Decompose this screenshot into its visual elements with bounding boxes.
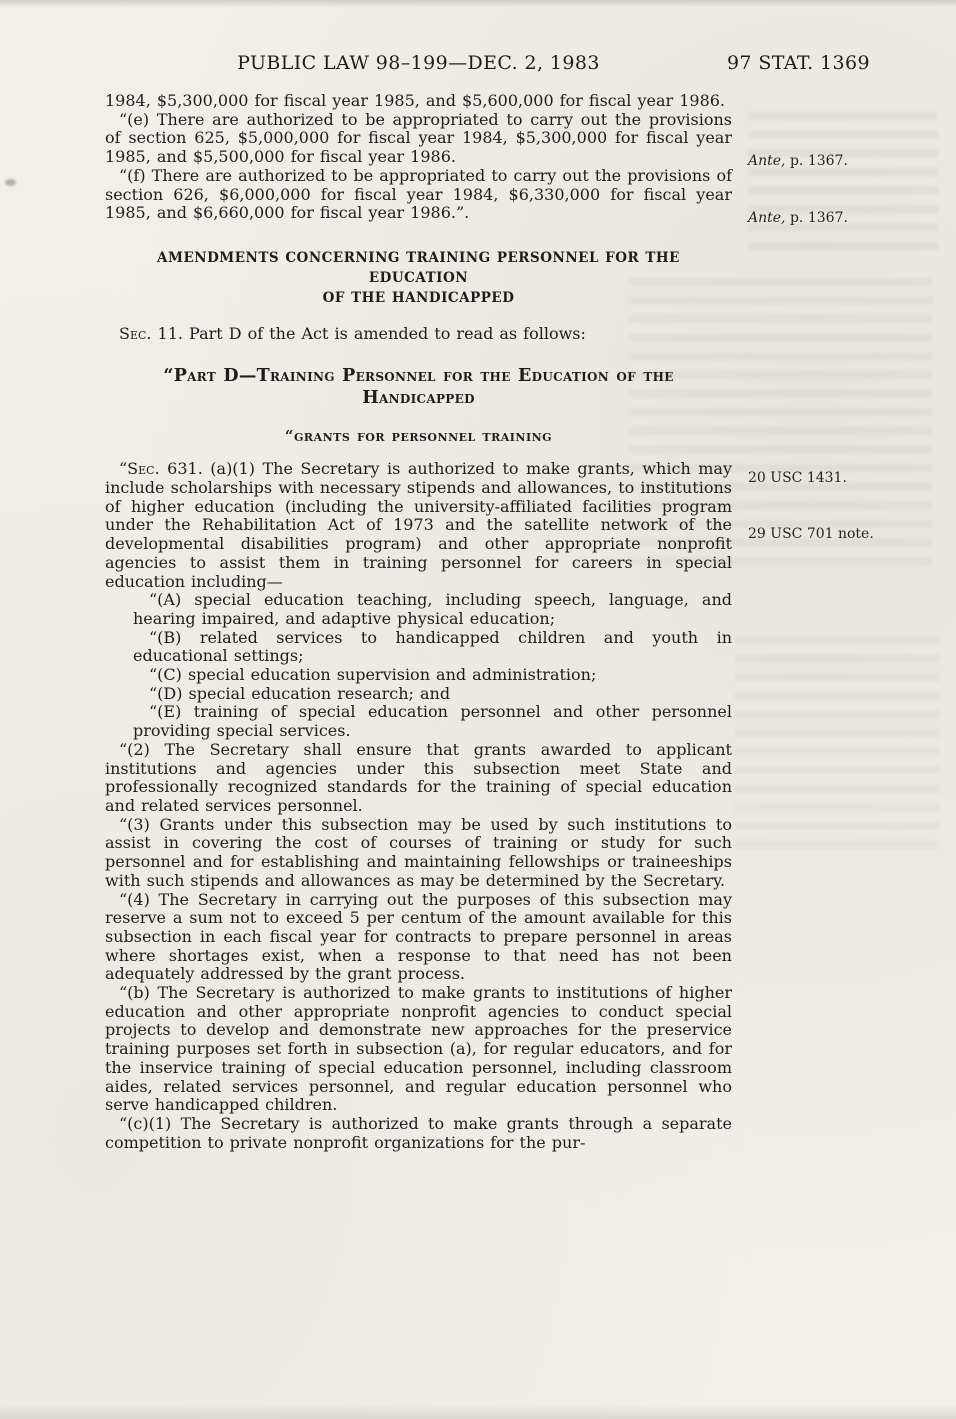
heading-grants-for-personnel-training: “grants for personnel training [105, 427, 732, 446]
paragraph-a3: “(3) Grants under this subsection may be… [105, 816, 732, 891]
statute-page: PUBLIC LAW 98–199—DEC. 2, 1983 97 STAT. … [0, 0, 956, 1419]
text-column: 1984, $5,300,000 for fiscal year 1985, a… [105, 92, 732, 1152]
list-item-a: “(A) special education teaching, includi… [133, 591, 732, 628]
margin-note-20-usc-1431-text: 20 USC 1431. [748, 470, 847, 486]
margin-note-29-usc-701: 29 USC 701 note. [748, 526, 923, 543]
law-title: PUBLIC LAW 98–199—DEC. 2, 1983 [237, 52, 600, 74]
paragraph-subsection-c1: “(c)(1) The Secretary is authorized to m… [105, 1115, 732, 1152]
margin-note-ante-2: Ante, p. 1367. [748, 210, 923, 227]
margin-note-ante-1: Ante, p. 1367. [748, 153, 923, 170]
margin-note-ante-1-italic: Ante, [748, 153, 786, 169]
page-header: PUBLIC LAW 98–199—DEC. 2, 1983 [105, 52, 732, 74]
list-item-c: “(C) special education supervision and a… [133, 666, 732, 685]
margin-note-29-usc-701-text: 29 USC 701 note. [748, 526, 874, 542]
paragraph-sec-11: Sec. 11. Part D of the Act is amended to… [105, 325, 732, 344]
list-item-d: “(D) special education research; and [133, 685, 732, 704]
list-item-b: “(B) related services to handicapped chi… [133, 629, 732, 666]
paragraph-a4: “(4) The Secretary in carrying out the p… [105, 891, 732, 985]
sec-631-label: “Sec. 631. [119, 459, 203, 478]
heading-amendments: AMENDMENTS CONCERNING TRAINING PERSONNEL… [105, 248, 732, 308]
sec-631-text: (a)(1) The Secretary is authorized to ma… [105, 459, 732, 590]
stat-number: 97 STAT. 1369 [727, 52, 870, 74]
heading-part-d: “Part D—Training Personnel for the Educa… [145, 365, 692, 410]
paragraph-subsection-e: “(e) There are authorized to be appropri… [105, 111, 732, 167]
scan-smudge [5, 179, 16, 186]
margin-note-ante-2-italic: Ante, [748, 210, 786, 226]
paragraph-subsection-b: “(b) The Secretary is authorized to make… [105, 984, 732, 1115]
heading-amendments-line1: AMENDMENTS CONCERNING TRAINING PERSONNEL… [105, 248, 732, 288]
list-item-e: “(E) training of special education perso… [133, 703, 732, 740]
sec-11-text: Part D of the Act is amended to read as … [183, 324, 586, 343]
paragraph-fiscal-years-continuation: 1984, $5,300,000 for fiscal year 1985, a… [105, 92, 732, 111]
heading-amendments-line2: OF THE HANDICAPPED [105, 288, 732, 308]
margin-note-20-usc-1431: 20 USC 1431. [748, 470, 923, 487]
bleed-through-artifact [748, 112, 938, 252]
paragraph-a2: “(2) The Secretary shall ensure that gra… [105, 741, 732, 816]
paragraph-sec-631-a1: “Sec. 631. (a)(1) The Secretary is autho… [105, 460, 732, 591]
paragraph-subsection-f: “(f) There are authorized to be appropri… [105, 167, 732, 223]
bleed-through-artifact [735, 636, 940, 851]
margin-note-ante-2-page: p. 1367. [786, 210, 848, 226]
sec-11-label: Sec. 11. [119, 324, 183, 343]
margin-note-ante-1-page: p. 1367. [786, 153, 848, 169]
